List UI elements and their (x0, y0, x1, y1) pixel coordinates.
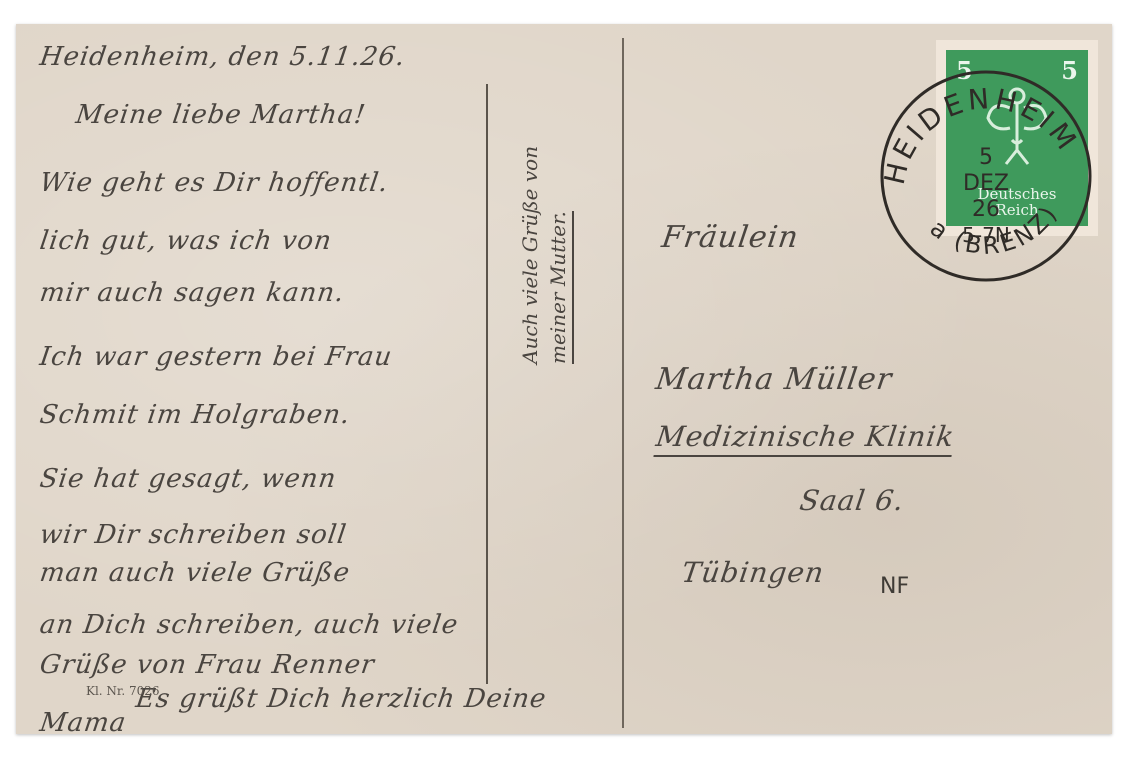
margin-note-line: meiner Mutter. (544, 211, 574, 364)
postmark-cancellation: HEIDENHEIM a (BRENZ) 5 DEZ 26 5-7N (876, 66, 1096, 286)
margin-note: Auch viele Grüße von meiner Mutter. (516, 146, 574, 364)
address-room: Saal 6. (798, 484, 907, 517)
message-line: lich gut, was ich von (38, 226, 334, 256)
publisher-imprint: Kl. Nr. 7026 (86, 684, 160, 698)
message-line: an Dich schreiben, auch viele (38, 610, 460, 640)
postmark-month: DEZ (963, 171, 1009, 196)
message-line: Ich war gestern bei Frau (38, 342, 394, 372)
postmark-time: 5-7N (962, 223, 1010, 247)
margin-note-line: Auch viele Grüße von (516, 146, 544, 364)
address-salutation: Fräulein (660, 220, 802, 255)
message-line: Schmit im Holgraben. (38, 400, 353, 430)
message-line: Wie geht es Dir hoffentl. (38, 168, 391, 198)
message-line: Es grüßt Dich herzlich Deine (134, 684, 549, 714)
message-line: Grüße von Frau Renner (38, 650, 377, 680)
message-line: mir auch sagen kann. (38, 278, 347, 308)
place-date: Heidenheim, den 5.11.26. (38, 42, 408, 72)
greeting: Meine liebe Martha! (74, 100, 368, 130)
message-margin-line (486, 84, 488, 684)
address-annotation: NF (880, 574, 909, 599)
address-name: Martha Müller (654, 362, 895, 397)
postmark-day: 5 (979, 145, 993, 170)
message-line: man auch viele Grüße (38, 558, 352, 588)
center-divider-line (622, 38, 624, 728)
postcard: Heidenheim, den 5.11.26. Meine liebe Mar… (16, 24, 1112, 734)
message-signature: Mama (38, 708, 128, 738)
postmark-year: 26 (972, 197, 1000, 222)
address-institution: Medizinische Klinik (653, 420, 956, 457)
message-line: Sie hat gesagt, wenn (38, 464, 339, 494)
address-city: Tübingen (680, 556, 827, 589)
message-line: wir Dir schreiben soll (38, 520, 349, 550)
